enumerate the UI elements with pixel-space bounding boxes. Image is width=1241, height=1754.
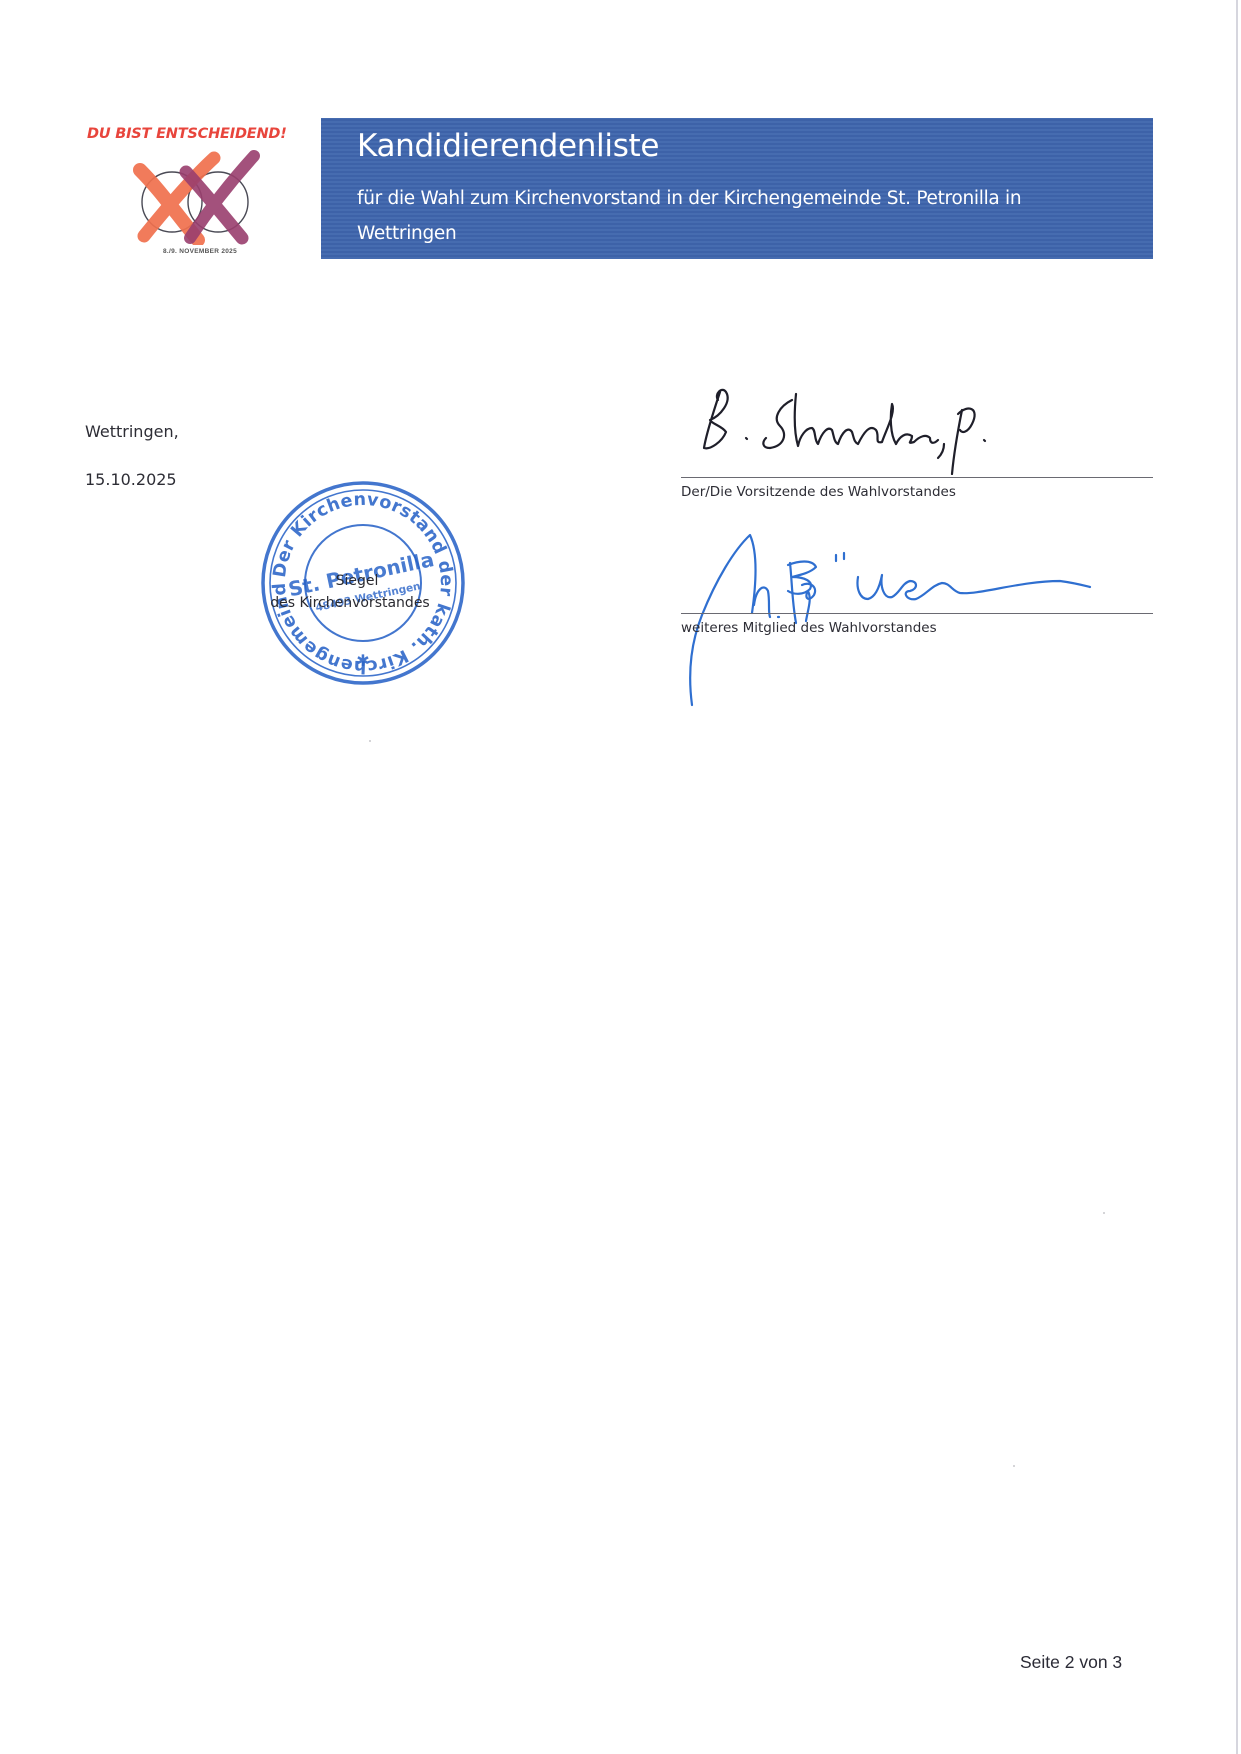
page-indicator: Seite 2 von 3 <box>1020 1652 1122 1673</box>
seal-caption: Siegel des Kirchenvorstandes <box>250 570 450 614</box>
election-logo: DU BIST ENTSCHEIDEND! 8./9. NOVEMBER 202… <box>80 120 320 270</box>
logo-election-date: 8./9. NOVEMBER 2025 <box>80 248 320 255</box>
signature-label-chair: Der/Die Vorsitzende des Wahlvorstandes <box>681 484 956 500</box>
member-signature <box>680 525 1120 710</box>
logo-slogan: DU BIST ENTSCHEIDEND! <box>87 126 287 142</box>
scan-artifact <box>1013 1465 1015 1467</box>
signature-line-member <box>681 613 1153 614</box>
scan-page-edge <box>1236 0 1238 1754</box>
header-banner: Kandidierendenliste für die Wahl zum Kir… <box>321 118 1153 259</box>
signature-label-member: weiteres Mitglied des Wahlvorstandes <box>681 620 937 636</box>
page-subtitle: für die Wahl zum Kirchenvorstand in der … <box>357 181 1117 251</box>
place: Wettringen, <box>85 422 179 441</box>
chair-signature <box>700 380 1020 475</box>
page-title: Kandidierendenliste <box>357 128 659 164</box>
scan-artifact <box>1103 1212 1105 1214</box>
signature-line-chair <box>681 477 1153 478</box>
double-x-ballot-icon <box>130 150 260 245</box>
date: 15.10.2025 <box>85 470 177 489</box>
scan-artifact <box>369 740 371 742</box>
seal-caption-line2: des Kirchenvorstandes <box>270 595 429 611</box>
stamp-star-icon: ✱ <box>356 653 369 670</box>
seal-caption-line1: Siegel <box>264 570 450 592</box>
